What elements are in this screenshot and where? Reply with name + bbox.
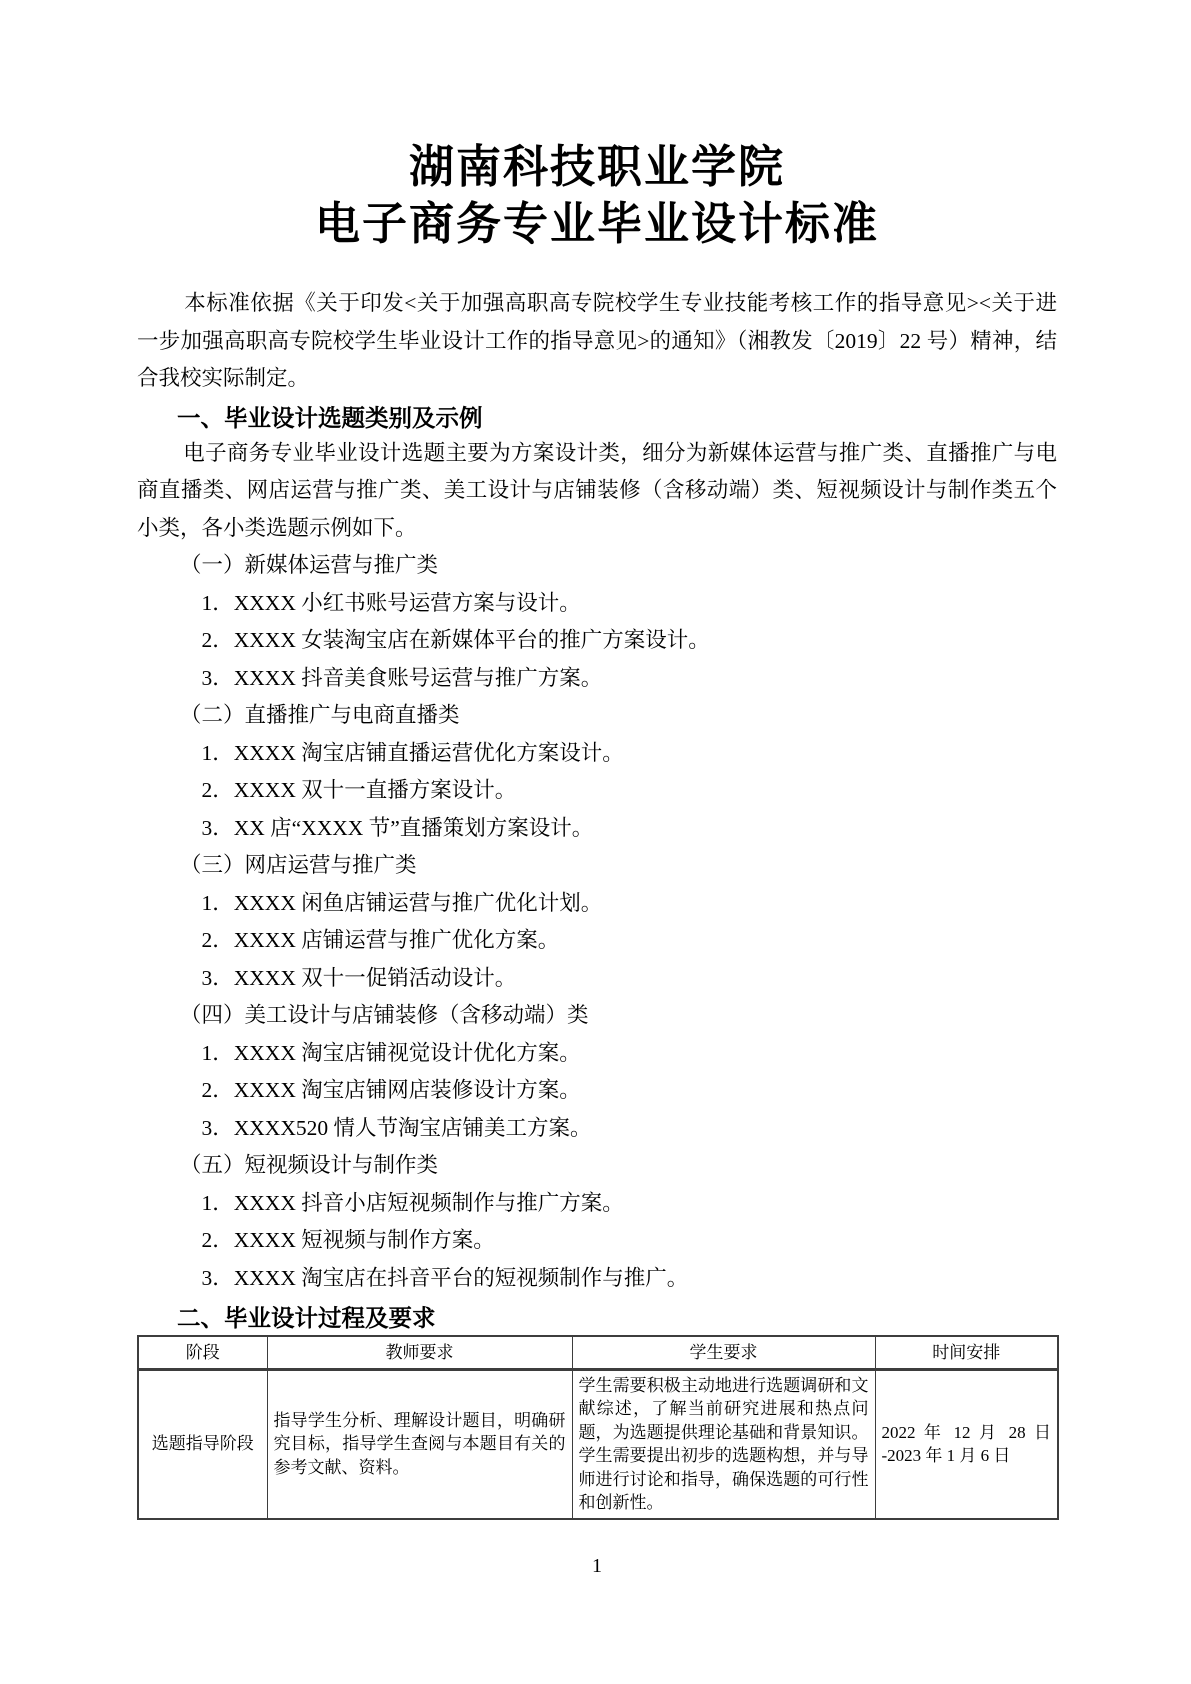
document-title-line2: 电子商务专业毕业设计标准	[137, 195, 1057, 252]
document-page: 湖南科技职业学院 电子商务专业毕业设计标准 本标准依据《关于印发<关于加强高职高…	[137, 0, 1057, 1578]
topic-item: 2．XXXX 双十一直播方案设计。	[137, 772, 1057, 810]
topic-item: 3．XXXX 抖音美食账号运营与推广方案。	[137, 660, 1057, 698]
table-header-time: 时间安排	[875, 1336, 1058, 1369]
intro-paragraph: 本标准依据《关于印发<关于加强高职高专院校学生专业技能考核工作的指导意见><关于…	[137, 285, 1057, 398]
topic-category-5: （五）短视频设计与制作类 1．XXXX 抖音小店短视频制作与推广方案。 2．XX…	[137, 1147, 1057, 1297]
topic-item: 3．XXXX 双十一促销活动设计。	[137, 960, 1057, 998]
table-header-teacher: 教师要求	[267, 1336, 572, 1369]
topic-item: 1．XXXX 淘宝店铺视觉设计优化方案。	[137, 1035, 1057, 1073]
topic-category-1: （一）新媒体运营与推广类 1．XXXX 小红书账号运营方案与设计。 2．XXXX…	[137, 547, 1057, 697]
process-table: 阶段 教师要求 学生要求 时间安排 选题指导阶段 指导学生分析、理解设计题目，明…	[137, 1335, 1059, 1520]
time-schedule-cell: 2022 年 12 月 28 日 -2023 年 1 月 6 日	[875, 1369, 1058, 1519]
section1-lead-paragraph: 电子商务专业毕业设计选题主要为方案设计类，细分为新媒体运营与推广类、直播推广与电…	[137, 435, 1057, 548]
table-row: 选题指导阶段 指导学生分析、理解设计题目，明确研究目标，指导学生查阅与本题目有关…	[138, 1369, 1058, 1519]
category-label: （二）直播推广与电商直播类	[137, 697, 1057, 735]
document-title: 湖南科技职业学院 电子商务专业毕业设计标准	[137, 0, 1057, 252]
category-label: （五）短视频设计与制作类	[137, 1147, 1057, 1185]
topic-item: 3．XXXX520 情人节淘宝店铺美工方案。	[137, 1110, 1057, 1148]
topic-item: 1．XXXX 闲鱼店铺运营与推广优化计划。	[137, 885, 1057, 923]
topic-category-2: （二）直播推广与电商直播类 1．XXXX 淘宝店铺直播运营优化方案设计。 2．X…	[137, 697, 1057, 847]
table-header-stage: 阶段	[138, 1336, 267, 1369]
topic-item: 2．XXXX 女装淘宝店在新媒体平台的推广方案设计。	[137, 622, 1057, 660]
table-header-student: 学生要求	[572, 1336, 875, 1369]
document-title-line1: 湖南科技职业学院	[137, 138, 1057, 195]
category-label: （三）网店运营与推广类	[137, 847, 1057, 885]
teacher-requirement-cell: 指导学生分析、理解设计题目，明确研究目标，指导学生查阅与本题目有关的参考文献、资…	[267, 1369, 572, 1519]
topic-item: 2．XXXX 淘宝店铺网店装修设计方案。	[137, 1072, 1057, 1110]
topic-category-4: （四）美工设计与店铺装修（含移动端）类 1．XXXX 淘宝店铺视觉设计优化方案。…	[137, 997, 1057, 1147]
section-heading-1: 一、毕业设计选题类别及示例	[137, 401, 1057, 435]
topic-category-3: （三）网店运营与推广类 1．XXXX 闲鱼店铺运营与推广优化计划。 2．XXXX…	[137, 847, 1057, 997]
topic-item: 1．XXXX 小红书账号运营方案与设计。	[137, 585, 1057, 623]
topic-item: 1．XXXX 淘宝店铺直播运营优化方案设计。	[137, 735, 1057, 773]
topic-item: 1．XXXX 抖音小店短视频制作与推广方案。	[137, 1185, 1057, 1223]
page-number: 1	[137, 1554, 1057, 1578]
topic-item: 2．XXXX 短视频与制作方案。	[137, 1222, 1057, 1260]
section-heading-2: 二、毕业设计过程及要求	[137, 1301, 1057, 1335]
table-header-row: 阶段 教师要求 学生要求 时间安排	[138, 1336, 1058, 1369]
time-schedule-line1: 2022 年 12 月 28 日	[882, 1421, 1052, 1445]
student-requirement-cell: 学生需要积极主动地进行选题调研和文献综述，了解当前研究进展和热点问题，为选题提供…	[572, 1369, 875, 1519]
category-label: （四）美工设计与店铺装修（含移动端）类	[137, 997, 1057, 1035]
topic-item: 3．XXXX 淘宝店在抖音平台的短视频制作与推广。	[137, 1260, 1057, 1298]
topic-item: 2．XXXX 店铺运营与推广优化方案。	[137, 922, 1057, 960]
topic-item: 3．XX 店“XXXX 节”直播策划方案设计。	[137, 810, 1057, 848]
time-schedule-line2: -2023 年 1 月 6 日	[882, 1444, 1052, 1468]
category-label: （一）新媒体运营与推广类	[137, 547, 1057, 585]
stage-cell: 选题指导阶段	[138, 1369, 267, 1519]
